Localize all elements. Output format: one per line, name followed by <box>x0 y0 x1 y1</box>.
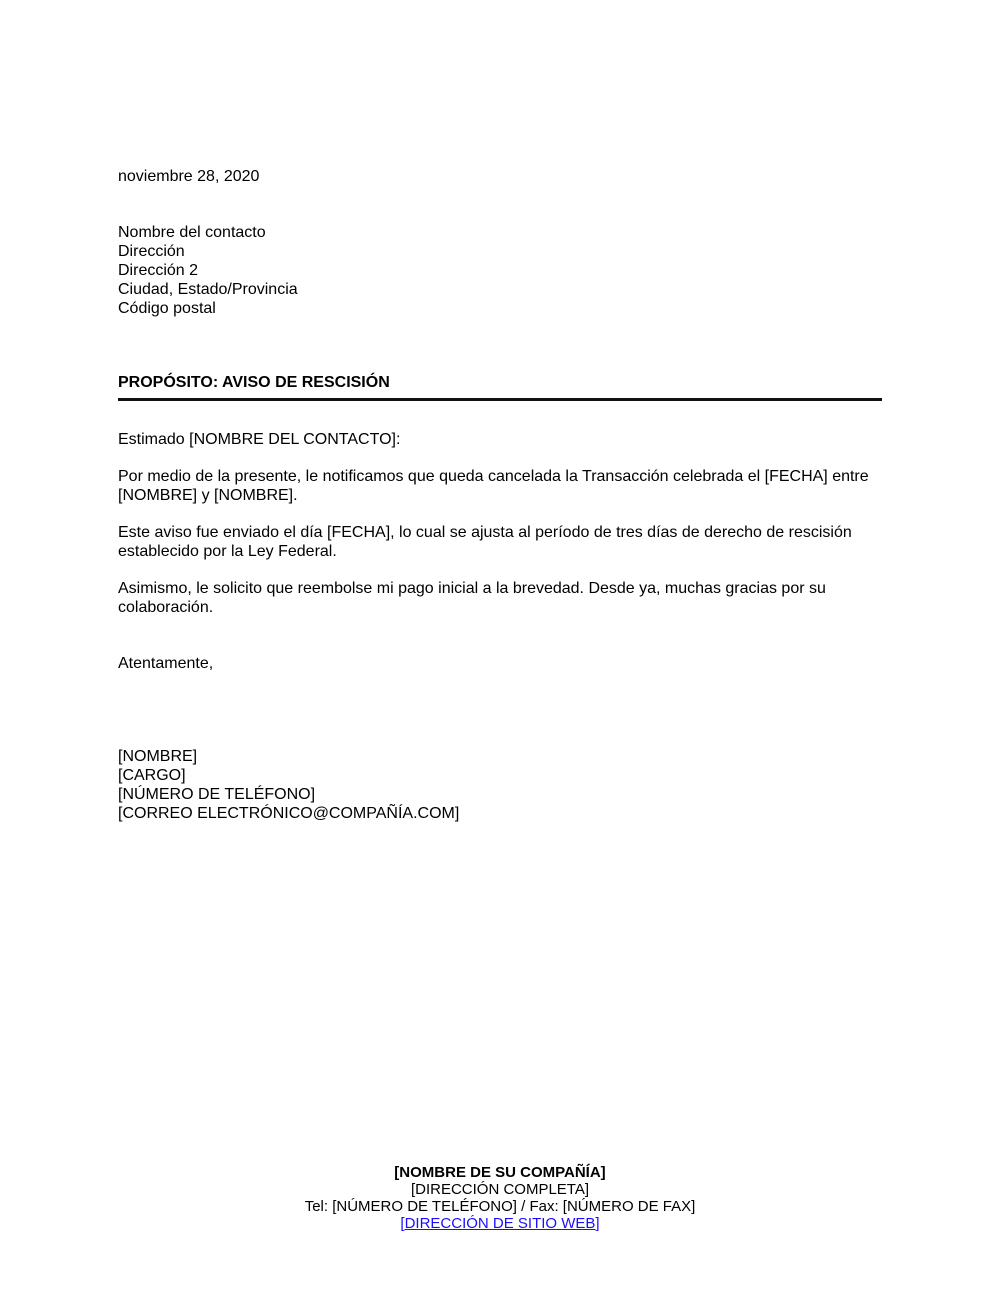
date-text: noviembre 28, 2020 <box>118 167 882 186</box>
recipient-address-line-2: Dirección 2 <box>118 261 882 280</box>
footer-contact: Tel: [NÚMERO DE TELÉFONO] / Fax: [NÚMERO… <box>0 1198 1000 1215</box>
recipient-postal-code: Código postal <box>118 299 882 318</box>
paragraph-text: Asimismo, le solicito que reembolse mi p… <box>118 580 826 616</box>
signature-email: [CORREO ELECTRÓNICO@COMPAÑÍA.COM] <box>118 804 882 823</box>
recipient-address-line-1: Dirección <box>118 242 882 261</box>
recipient-city-state: Ciudad, Estado/Provincia <box>118 280 882 299</box>
recipient-name: Nombre del contacto <box>118 223 882 242</box>
signature-title: [CARGO] <box>118 766 882 785</box>
paragraph-text: Este aviso fue enviado el día [FECHA], l… <box>118 524 852 560</box>
signature-phone: [NÚMERO DE TELÉFONO] <box>118 785 882 804</box>
footer-website-link[interactable]: [DIRECCIÓN DE SITIO WEB] <box>400 1215 599 1232</box>
subject-divider <box>118 398 882 401</box>
recipient-address: Nombre del contacto Dirección Dirección … <box>118 223 882 318</box>
closing-text: Atentamente, <box>118 654 882 673</box>
company-footer: [NOMBRE DE SU COMPAÑÍA] [DIRECCIÓN COMPL… <box>0 1164 1000 1232</box>
footer-address: [DIRECCIÓN COMPLETA] <box>0 1181 1000 1198</box>
signature-block: [NOMBRE] [CARGO] [NÚMERO DE TELÉFONO] [C… <box>118 747 882 823</box>
body-paragraph-1: Por medio de la presente, le notificamos… <box>118 467 882 505</box>
body-paragraph-2: Este aviso fue enviado el día [FECHA], l… <box>118 523 882 561</box>
paragraph-text: Por medio de la presente, le notificamos… <box>118 468 869 504</box>
body-paragraph-3: Asimismo, le solicito que reembolse mi p… <box>118 579 882 617</box>
signature-name: [NOMBRE] <box>118 747 882 766</box>
letter-page: noviembre 28, 2020 Nombre del contacto D… <box>0 0 1000 1290</box>
subject-heading: PROPÓSITO: AVISO DE RESCISIÓN <box>118 373 882 392</box>
closing: Atentamente, <box>118 654 882 673</box>
letter-date: noviembre 28, 2020 <box>118 167 882 186</box>
greeting-text: Estimado [NOMBRE DEL CONTACTO]: <box>118 430 882 449</box>
greeting: Estimado [NOMBRE DEL CONTACTO]: <box>118 430 882 449</box>
footer-company-name: [NOMBRE DE SU COMPAÑÍA] <box>0 1164 1000 1181</box>
subject-text: PROPÓSITO: AVISO DE RESCISIÓN <box>118 373 882 392</box>
